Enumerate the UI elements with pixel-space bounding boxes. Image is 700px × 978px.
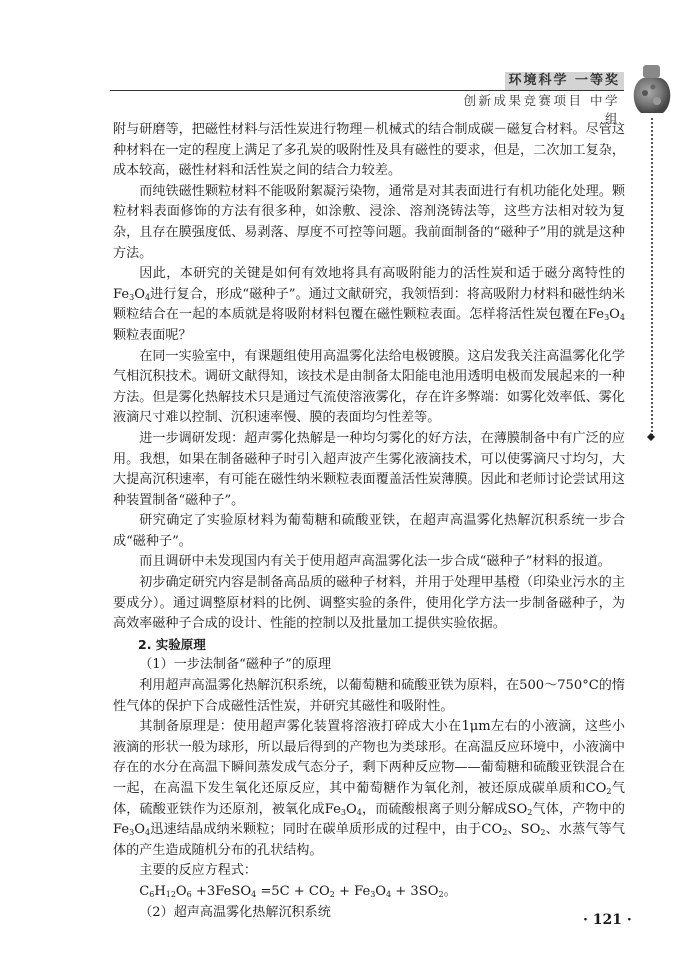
- subsection-heading: （2）超声高温雾化热解沉积系统: [113, 903, 625, 924]
- article-body: 附与研磨等，把磁性材料与活性炭进行物理－机械式的结合制成碳－磁复合材料。尽管这种…: [113, 120, 625, 923]
- paragraph: 初步确定研究内容是制备高品质的磁种子材料，并用于处理甲基橙（印染业污水的主要成分…: [113, 573, 625, 635]
- paragraph: 进一步调研发现：超声雾化热解是一种均匀雾化的好方法，在薄膜制备中有广泛的应用。我…: [113, 429, 625, 511]
- section-title: 环境科学 一等奖: [505, 72, 624, 90]
- equation-label: 主要的反应方程式：: [113, 861, 625, 882]
- paragraph: 其制备原理是：使用超声雾化装置将溶液打碎成大小在1μm左右的小液滴，这些小液滴的…: [113, 717, 625, 861]
- paragraph: 利用超声高温雾化热解沉积系统，以葡萄糖和硫酸亚铁为原料，在500～750°C的惰…: [113, 676, 625, 717]
- decorative-dotted-line: [651, 118, 653, 436]
- paragraph: 因此，本研究的关键是如何有效地将具有高吸附能力的活性炭和适于磁分离特性的Fe3O…: [113, 264, 625, 346]
- lightbulb-icon: [629, 63, 675, 123]
- header-rule: [110, 90, 624, 91]
- page-header: 环境科学 一等奖 创新成果竞赛项目 中学组: [0, 0, 700, 110]
- subsection-heading: （1）一步法制备“磁种子”的原理: [113, 655, 625, 676]
- page-number: · 121 ·: [583, 912, 632, 928]
- paragraph: 而纯铁磁性颗粒材料不能吸附絮凝污染物，通常是对其表面进行有机功能化处理。颗粒材料…: [113, 182, 625, 264]
- chemical-equation: C6H12O6 +3FeSO4 =5C + CO2 + Fe3O4 + 3SO2…: [113, 882, 625, 903]
- diamond-bullet-icon: [647, 433, 655, 441]
- section-heading: 2. 实验原理: [113, 635, 625, 656]
- paragraph: 研究确定了实验原材料为葡萄糖和硫酸亚铁，在超声高温雾化热解沉积系统一步合成“磁种…: [113, 511, 625, 552]
- paragraph: 在同一实验室中，有课题组使用高温雾化法给电极镀膜。这启发我关注高温雾化化学气相沉…: [113, 347, 625, 429]
- paragraph: 附与研磨等，把磁性材料与活性炭进行物理－机械式的结合制成碳－磁复合材料。尽管这种…: [113, 120, 625, 182]
- paragraph: 而且调研中未发现国内有关于使用超声高温雾化法一步合成“磁种子”材料的报道。: [113, 552, 625, 573]
